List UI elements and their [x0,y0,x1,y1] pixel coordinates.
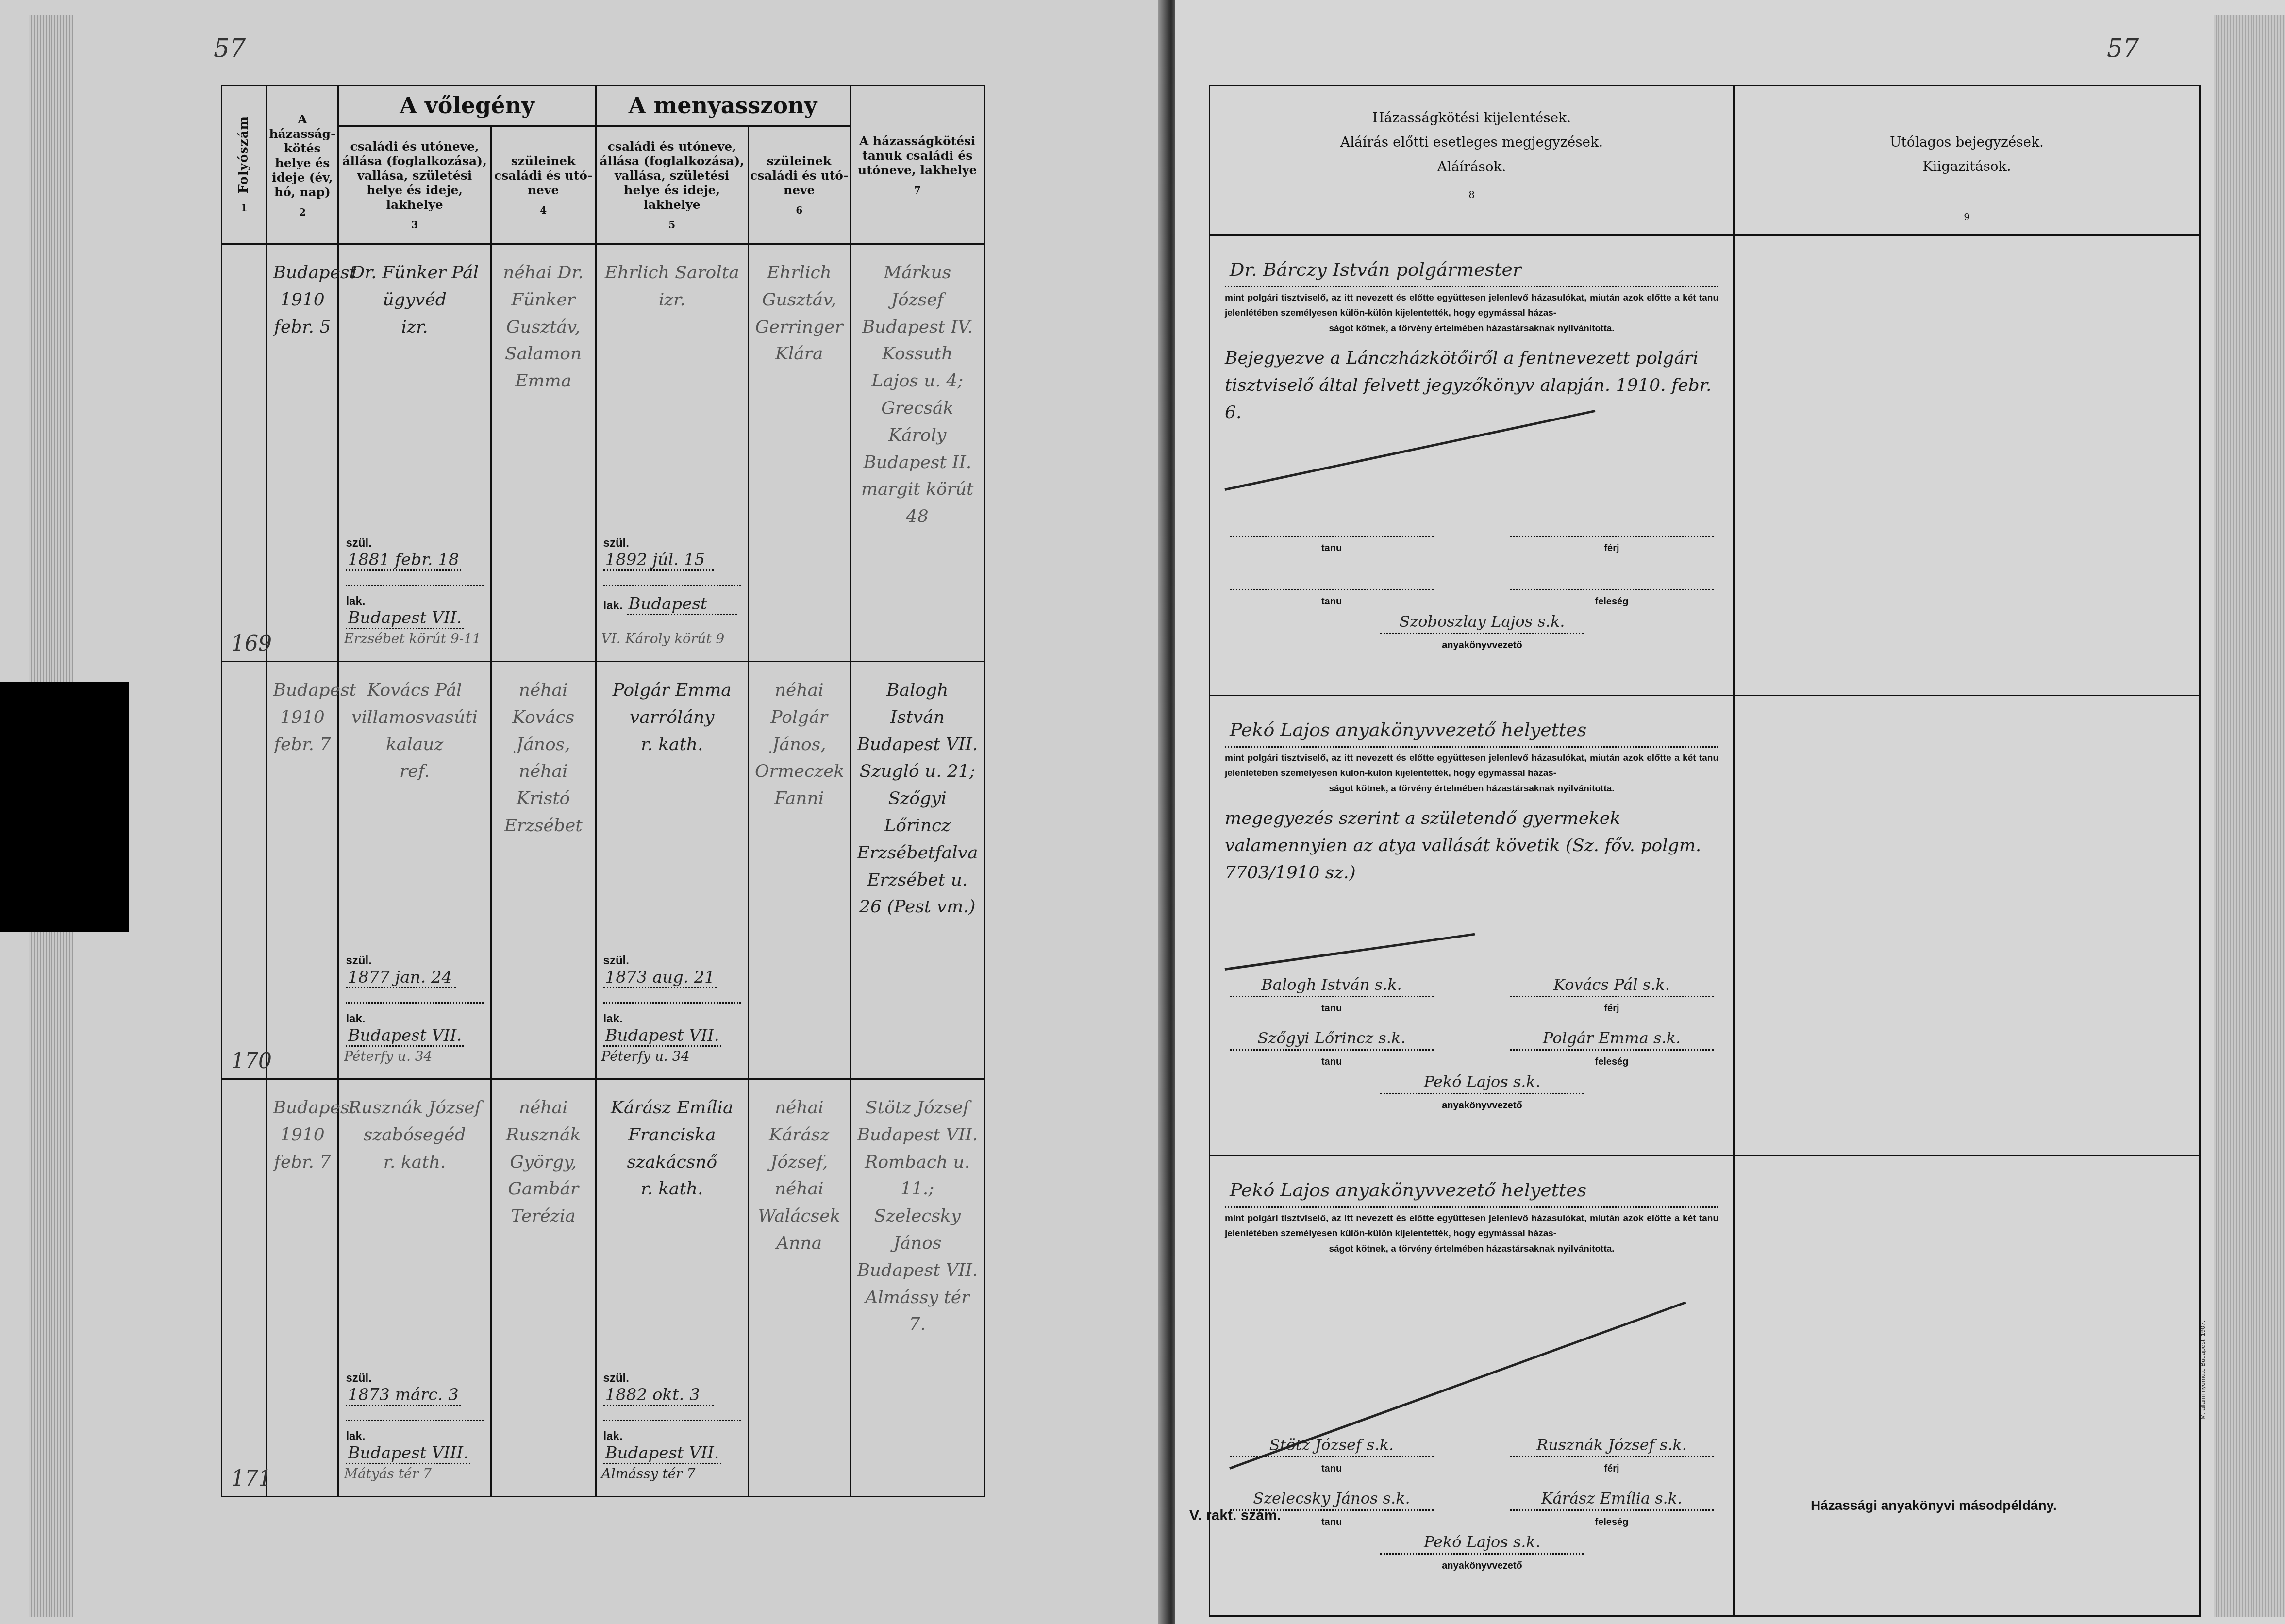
col-header-3: családi és utóneve, állása (foglalkozása… [338,126,491,244]
register-row: 169 Budapest 1910 febr. 5 Dr. Fünker Pál… [222,244,985,662]
husband-signature: Kovács Pál s.k. [1505,975,1718,996]
officiant: Pekó Lajos anyakönyvvezető helyettes [1225,716,1718,748]
bride-occupation: szakácsnő [602,1149,742,1176]
bride-residence: Budapest VII. [603,1443,721,1464]
groom-religion: izr. [345,314,484,341]
groom-name: Rusznák József [345,1094,484,1122]
groom-occupation: szabósegéd [345,1122,484,1149]
remark-note: megegyezés szerint a születendő gyermeke… [1225,805,1718,886]
storage-number-label: V. rakt. szám. [1189,1507,1281,1524]
col-header-7: A házasságkötési tanuk családi és utónev… [850,86,984,244]
bride-born: 1873 aug. 21 [603,968,717,988]
entry-number: 171 [231,1466,272,1491]
groom-name: Dr. Fünker Pál [345,259,484,286]
groom-residence: Budapest VII. [346,608,464,629]
registrar-signature: Pekó Lajos s.k. [1375,1072,1589,1093]
bride-born: 1892 júl. 15 [603,550,714,571]
groom-born: 1881 febr. 18 [346,550,461,571]
strike-line [1225,933,1475,971]
declarations-table: Házasságkötési kijelentések. Aláírás elő… [1209,85,2199,1473]
bride-address: Péterfy u. 34 [601,1046,690,1067]
groom-occupation: villamosvasúti kalauz [345,704,484,758]
page-edges-right [2214,15,2285,1617]
book-spread: 57 Folyószám1 A házasság-kötés helye és … [0,0,2285,1624]
page-number-left: 57 [214,34,246,63]
declaration-text: mint polgári tisztviselő, az itt nevezet… [1225,1211,1718,1256]
marriage-register-table: Folyószám1 A házasság-kötés helye és ide… [221,85,985,1449]
bride-religion: r. kath. [602,1175,742,1203]
register-title-footer: Házassági anyakönyvi másodpéldány. [1811,1498,2057,1513]
supplementary-cell [1734,235,2200,696]
groom-born: 1873 márc. 3 [346,1385,460,1406]
bride-religion: r. kath. [602,731,742,758]
groom-religion: ref. [345,758,484,785]
bride-name: Kárász Emília Franciska [602,1094,742,1149]
declaration-row: Pekó Lajos anyakönyvvezető helyettes min… [1210,696,2200,1156]
declaration-row: Dr. Bárczy István polgármester mint polg… [1210,235,2200,696]
wife-signature: Kárász Emília s.k. [1505,1489,1718,1509]
groom-residence: Budapest VIII. [346,1443,470,1464]
bride-parents: Ehrlich Gusztáv, Gerringer Klára [749,245,850,382]
bride-religion: izr. [602,286,742,314]
witness-signature: Stötz József s.k. [1225,1436,1438,1456]
bride-occupation: varrólány [602,704,742,731]
left-page: 57 Folyószám1 A házasság-kötés helye és … [0,0,1165,1624]
bride-parents: néhai Kárász József, néhai Walácsek Anna [749,1080,850,1272]
declaration-text: mint polgári tisztviselő, az itt nevezet… [1225,290,1718,336]
supplementary-cell [1734,696,2200,1156]
officiant: Dr. Bárczy István polgármester [1225,255,1718,287]
bride-group-header: A menyasszony [596,86,850,126]
place-date: Budapest 1910 febr. 5 [267,245,337,355]
groom-parents: néhai Rusznák György, Gambár Terézia [492,1080,595,1244]
bride-name: Ehrlich Sarolta [602,259,742,286]
husband-signature: Rusznák József s.k. [1505,1436,1718,1456]
witness-signature: Szőgyi Lőrincz s.k. [1225,1029,1438,1049]
witnesses: Márkus József Budapest IV. Kossuth Lajos… [851,245,984,545]
col-header-9: Utólagos bejegyzések. Kiigazitások. 9 [1734,86,2200,235]
groom-group-header: A vőlegény [338,86,596,126]
printer-mark: M. állami nyomda. Budapest. 1907. [2199,1321,2206,1420]
groom-occupation: ügyvéd [345,286,484,314]
bride-address: VI. Károly körút 9 [601,628,725,649]
place-date: Budapest 1910 febr. 7 [267,1080,337,1190]
entry-number: 169 [231,631,272,656]
wife-signature: Polgár Emma s.k. [1505,1029,1718,1049]
entry-number: 170 [231,1049,272,1073]
col-header-5: családi és utóneve, állása (foglalkozása… [596,126,748,244]
col-header-2: A házasság-kötés helye és ideje (év, hó,… [267,86,338,244]
groom-parents: néhai Dr. Fünker Gusztáv, Salamon Emma [492,245,595,409]
register-row: 171 Budapest 1910 febr. 7 Rusznák József… [222,1079,985,1497]
groom-name: Kovács Pál [345,677,484,704]
declaration-row: Pekó Lajos anyakönyvvezető helyettes min… [1210,1156,2200,1616]
supplementary-cell [1734,1156,2200,1616]
officiant: Pekó Lajos anyakönyvvezető helyettes [1225,1176,1718,1208]
registrar-signature: Pekó Lajos s.k. [1375,1533,1589,1553]
bride-born: 1882 okt. 3 [603,1385,714,1406]
registrar-signature: Szoboszlay Lajos s.k. [1375,612,1589,633]
black-tab [0,682,129,932]
col-header-8: Házasságkötési kijelentések. Aláírás elő… [1210,86,1734,235]
groom-address: Mátyás tér 7 [344,1463,431,1484]
place-date: Budapest 1910 febr. 7 [267,662,337,772]
witnesses: Balogh István Budapest VII. Szugló u. 21… [851,662,984,935]
bride-residence: Budapest [627,594,737,615]
bride-parents: néhai Polgár János, Ormeczek Fanni [749,662,850,827]
col-header-6: szüleinek családi és utó-neve6 [748,126,850,244]
col-header-4: szüleinek családi és utó-neve4 [491,126,596,244]
groom-address: Erzsébet körút 9-11 [344,628,481,649]
groom-born: 1877 jan. 24 [346,968,456,988]
witness-signature: Szelecsky János s.k. [1225,1489,1438,1509]
groom-address: Péterfy u. 34 [344,1046,432,1067]
witness-signature: Balogh István s.k. [1225,975,1438,996]
bride-residence: Budapest VII. [603,1026,721,1047]
page-number-right: 57 [2107,34,2139,63]
remark-note: Bejegyezve a Lánczházkötőiről a fentneve… [1225,345,1718,426]
witnesses: Stötz József Budapest VII. Rombach u. 11… [851,1080,984,1353]
bride-name: Polgár Emma [602,677,742,704]
groom-residence: Budapest VII. [346,1026,464,1047]
col-header-1: Folyószám1 [222,86,267,244]
groom-parents: néhai Kovács János, néhai Kristó Erzsébe… [492,662,595,854]
bride-address: Almássy tér 7 [601,1463,696,1484]
groom-religion: r. kath. [345,1149,484,1176]
register-row: 170 Budapest 1910 febr. 7 Kovács Pál vil… [222,662,985,1079]
declaration-text: mint polgári tisztviselő, az itt nevezet… [1225,751,1718,796]
